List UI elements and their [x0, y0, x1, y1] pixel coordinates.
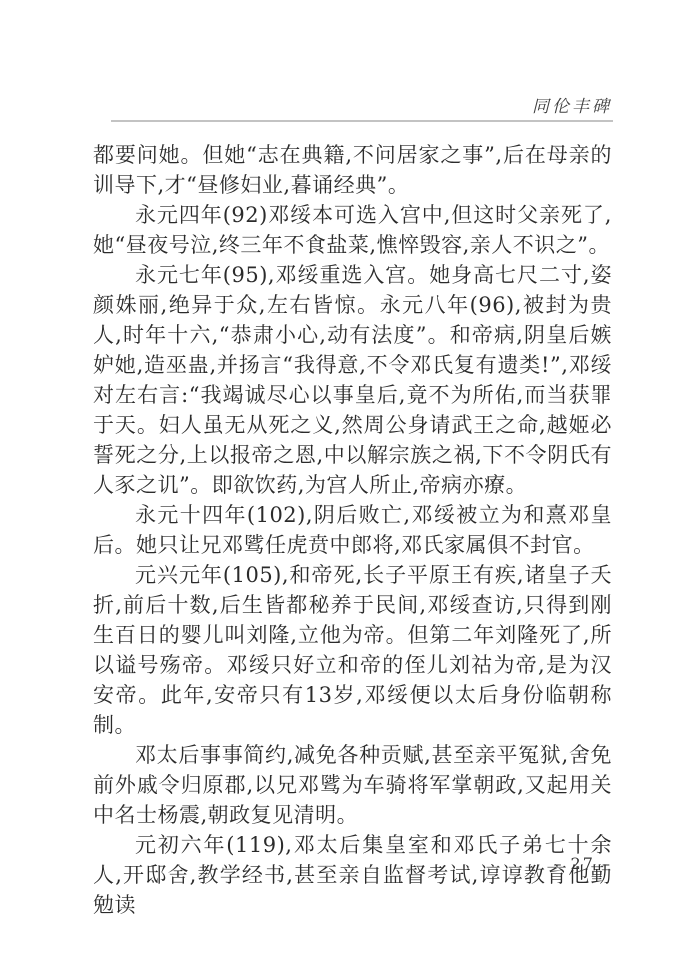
header-rule: [111, 120, 613, 122]
paragraph: 元初六年(119),邓太后集皇室和邓氏子弟七十余人,开邸舍,教学经书,甚至亲自监…: [93, 830, 612, 920]
book-page: 同伦丰碑 都要问她。但她“志在典籍,不问居家之事”,后在母亲的训导下,才“昼修妇…: [0, 0, 692, 968]
page-header: 同伦丰碑: [532, 96, 612, 118]
paragraph: 邓太后事事简约,减免各种贡赋,甚至亲平冤狱,舍免前外戚令归原郡,以兄邓骘为车骑将…: [93, 740, 612, 830]
running-title: 同伦丰碑: [532, 97, 612, 117]
paragraph: 都要问她。但她“志在典籍,不问居家之事”,后在母亲的训导下,才“昼修妇业,暮诵经…: [93, 140, 612, 200]
paragraph: 永元四年(92)邓绥本可选入宫中,但这时父亲死了,她“昼夜号泣,终三年不食盐菜,…: [93, 200, 612, 260]
paragraph: 元兴元年(105),和帝死,长子平原王有疾,诸皇子夭折,前后十数,后生皆都秘养于…: [93, 560, 612, 740]
body-text-column: 都要问她。但她“志在典籍,不问居家之事”,后在母亲的训导下,才“昼修妇业,暮诵经…: [93, 140, 612, 920]
paragraph: 永元七年(95),邓绥重选入宫。她身高七尺二寸,姿颜姝丽,绝异于众,左右皆惊。永…: [93, 260, 612, 500]
page-number: – 27 –: [553, 854, 612, 873]
paragraph: 永元十四年(102),阴后败亡,邓绥被立为和熹邓皇后。她只让兄邓骘任虎贲中郎将,…: [93, 500, 612, 560]
